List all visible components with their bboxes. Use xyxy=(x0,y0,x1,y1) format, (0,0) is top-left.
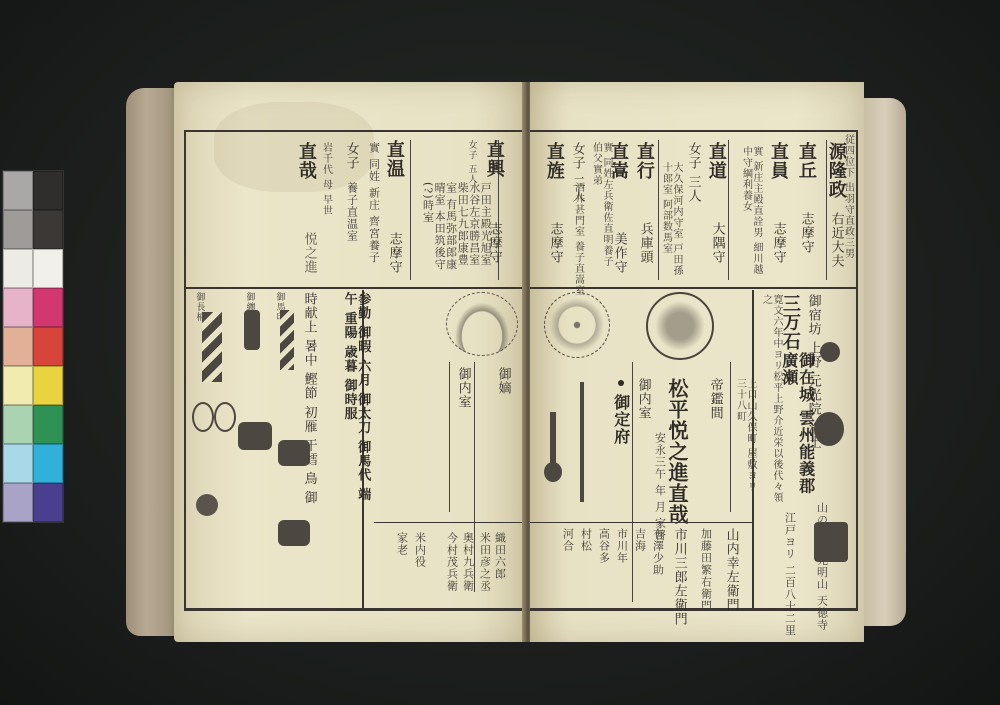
entry-note: 女子 五人 xyxy=(466,140,475,184)
color-swatch-1-right xyxy=(33,171,63,210)
entry-note: 養子直温室 xyxy=(346,182,358,242)
color-swatch-6-left xyxy=(3,366,33,405)
entry-note: 實 同姓左兵衛佐直明養子 伯父實弟 xyxy=(590,142,611,277)
retainer: 家老 xyxy=(396,532,408,556)
color-swatch-4-left xyxy=(3,288,33,327)
book-fore-edge-right xyxy=(864,98,906,626)
retainer: 奥村九兵衛 xyxy=(462,532,474,602)
retainer: 米田彦之丞 xyxy=(479,532,491,602)
entry-title: 右近大夫 xyxy=(829,212,843,268)
retainer: 高谷多 xyxy=(598,528,610,564)
gift-schedule: 時献上 暑中 鰹節 初雁 干鱈 鳥 御 xyxy=(302,292,316,512)
label: 御纏 xyxy=(244,292,253,312)
book-fore-edge-left xyxy=(126,88,178,636)
label: 御内室 xyxy=(456,367,470,409)
color-calibration-chart xyxy=(2,170,64,523)
left-page: 直興 志摩守 女子 五人 戸田主殿光旭室 水谷左京勝昌室 柴田七九郎康豊室 有馬… xyxy=(174,82,526,642)
entry-name: 女子 三人 xyxy=(686,142,700,203)
residency-status: 御定府 xyxy=(612,394,629,445)
inner-quarters: 御内室 xyxy=(636,378,650,420)
retainer: 山内幸左衛門 xyxy=(724,528,738,612)
retainer: 村松 xyxy=(580,528,592,552)
paulownia-crest-icon xyxy=(446,292,518,356)
spear-sheath-icon xyxy=(544,462,562,482)
color-swatch-3-left xyxy=(3,249,33,288)
stipend: 三万石 xyxy=(780,294,799,351)
color-swatch-5-right xyxy=(33,327,63,366)
double-crest-icon xyxy=(814,412,844,446)
bottom-rule xyxy=(184,608,526,611)
entry-name: 源隆政 xyxy=(826,142,845,199)
retainer: 織田六郎 xyxy=(494,532,506,602)
entry-name: 直温 xyxy=(384,140,403,178)
color-swatch-7-right xyxy=(33,405,63,444)
entry-note: 酒井甚門室 養子直嵩室 xyxy=(572,182,583,296)
entry-title: 兵庫頭 xyxy=(638,222,652,264)
succession-date: 安永三午 年 月 家督 xyxy=(654,432,666,542)
entry-note: 戸田主殿光旭室 水谷左京勝昌室 柴田七九郎康豊室 有馬弥部郎康晴室 本田筑後守(… xyxy=(422,182,491,277)
entry-name: 女子 xyxy=(344,142,358,170)
entry-name: 直丘 xyxy=(796,142,815,180)
entry-name: 直哉 xyxy=(296,142,315,180)
color-swatch-8-right xyxy=(33,444,63,483)
entry-title: 大隅守 xyxy=(710,222,724,264)
hollyhock-crest-icon xyxy=(544,292,610,358)
tassel-standard-icon xyxy=(244,310,260,350)
helmet-crest-icon xyxy=(278,440,310,466)
entry-name: 直興 xyxy=(484,140,503,178)
retainer: 加藤田繁右衛門 xyxy=(700,528,712,612)
distance-from-edo: 江戸ヨリ 二百八十二里 xyxy=(784,512,796,637)
entry-name: 直道 xyxy=(706,142,725,180)
color-swatch-4-right xyxy=(33,288,63,327)
round-crest-icon xyxy=(196,494,218,516)
entry-title: 美作守 xyxy=(612,232,626,274)
color-swatch-8-left xyxy=(3,444,33,483)
audience-chamber: 帝鑑間 xyxy=(708,378,722,420)
spear-icon xyxy=(580,382,584,502)
entry-title: 志摩守 xyxy=(548,222,562,264)
color-swatch-7-left xyxy=(3,405,33,444)
color-swatch-2-left xyxy=(3,210,33,249)
entry-note: 實 新庄主殿直詮男 細川越中守綱利養女 xyxy=(740,146,761,276)
retainer: 有澤少助 xyxy=(652,528,664,576)
open-book: 直興 志摩守 女子 五人 戸田主殿光旭室 水谷左京勝昌室 柴田七九郎康豊室 有馬… xyxy=(126,82,906,642)
color-swatch-6-right xyxy=(33,366,63,405)
entry-title: 志摩守 xyxy=(387,232,401,274)
helmet-crest-icon xyxy=(238,422,272,450)
entry-name: 直旌 xyxy=(544,142,563,180)
striped-standard-icon xyxy=(202,312,222,382)
color-swatch-3-right xyxy=(33,249,63,288)
funerary-temple: 御宿坊 上野 元光院 浄土 xyxy=(806,294,820,484)
entry-title: 悦之進 xyxy=(302,232,316,274)
right-page: 従四位下 出羽守直政三男 源隆政 右近大夫 直丘 志摩守 直員 志摩守 實 新庄… xyxy=(530,82,864,642)
helmet-crest-icon xyxy=(278,520,310,546)
bottom-rule xyxy=(530,608,858,611)
entry-note: 實 同姓 新庄 齊宮養子 xyxy=(368,142,380,272)
register-divider xyxy=(184,287,526,289)
mansion-location: 上口山久保町 屋敷ヨリ三十八町 xyxy=(734,378,755,503)
fan-crest-icon xyxy=(214,402,236,432)
lantern-icon xyxy=(814,522,848,562)
color-swatch-2-right xyxy=(33,210,63,249)
color-swatch-9-left xyxy=(3,483,33,522)
fan-crest-icon xyxy=(192,402,214,432)
color-swatch-5-left xyxy=(3,327,33,366)
retainer: 河合 xyxy=(562,528,574,552)
retainer: 市川年 xyxy=(616,528,628,564)
entry-name: 直行 xyxy=(634,142,653,180)
retainer: 今村茂兵衛 xyxy=(446,532,458,602)
retainer: 吉海 xyxy=(634,528,646,552)
label: 御嫡 xyxy=(496,367,510,395)
fief-history: 寛文六年中ヨリ松平上野介近栄以後代々領之 xyxy=(760,294,781,504)
entry-note: 大久保河内守室 戸田孫十郎室 阿部数馬室 xyxy=(660,162,681,277)
mitsuba-aoi-crest-icon xyxy=(646,292,714,360)
round-crest-icon xyxy=(820,342,840,362)
gift-schedule: 参勤 御暇 六月 御太刀 御馬代 端午 重陽 歳暮 御時服 xyxy=(342,292,369,512)
entry-note: 岩千代 母 早世 xyxy=(320,142,331,216)
entry-title: 志摩守 xyxy=(799,212,813,254)
retainer: 米内役 xyxy=(414,532,426,568)
daimyo-name: 松平悦之進直哉 xyxy=(666,378,687,525)
entry-name: 直員 xyxy=(768,142,787,180)
entry-title: 志摩守 xyxy=(771,222,785,264)
color-swatch-9-right xyxy=(33,483,63,522)
retainer: 市川三郎左衛門 xyxy=(672,528,686,626)
striped-standard-icon xyxy=(280,310,294,370)
color-swatch-1-left xyxy=(3,171,33,210)
